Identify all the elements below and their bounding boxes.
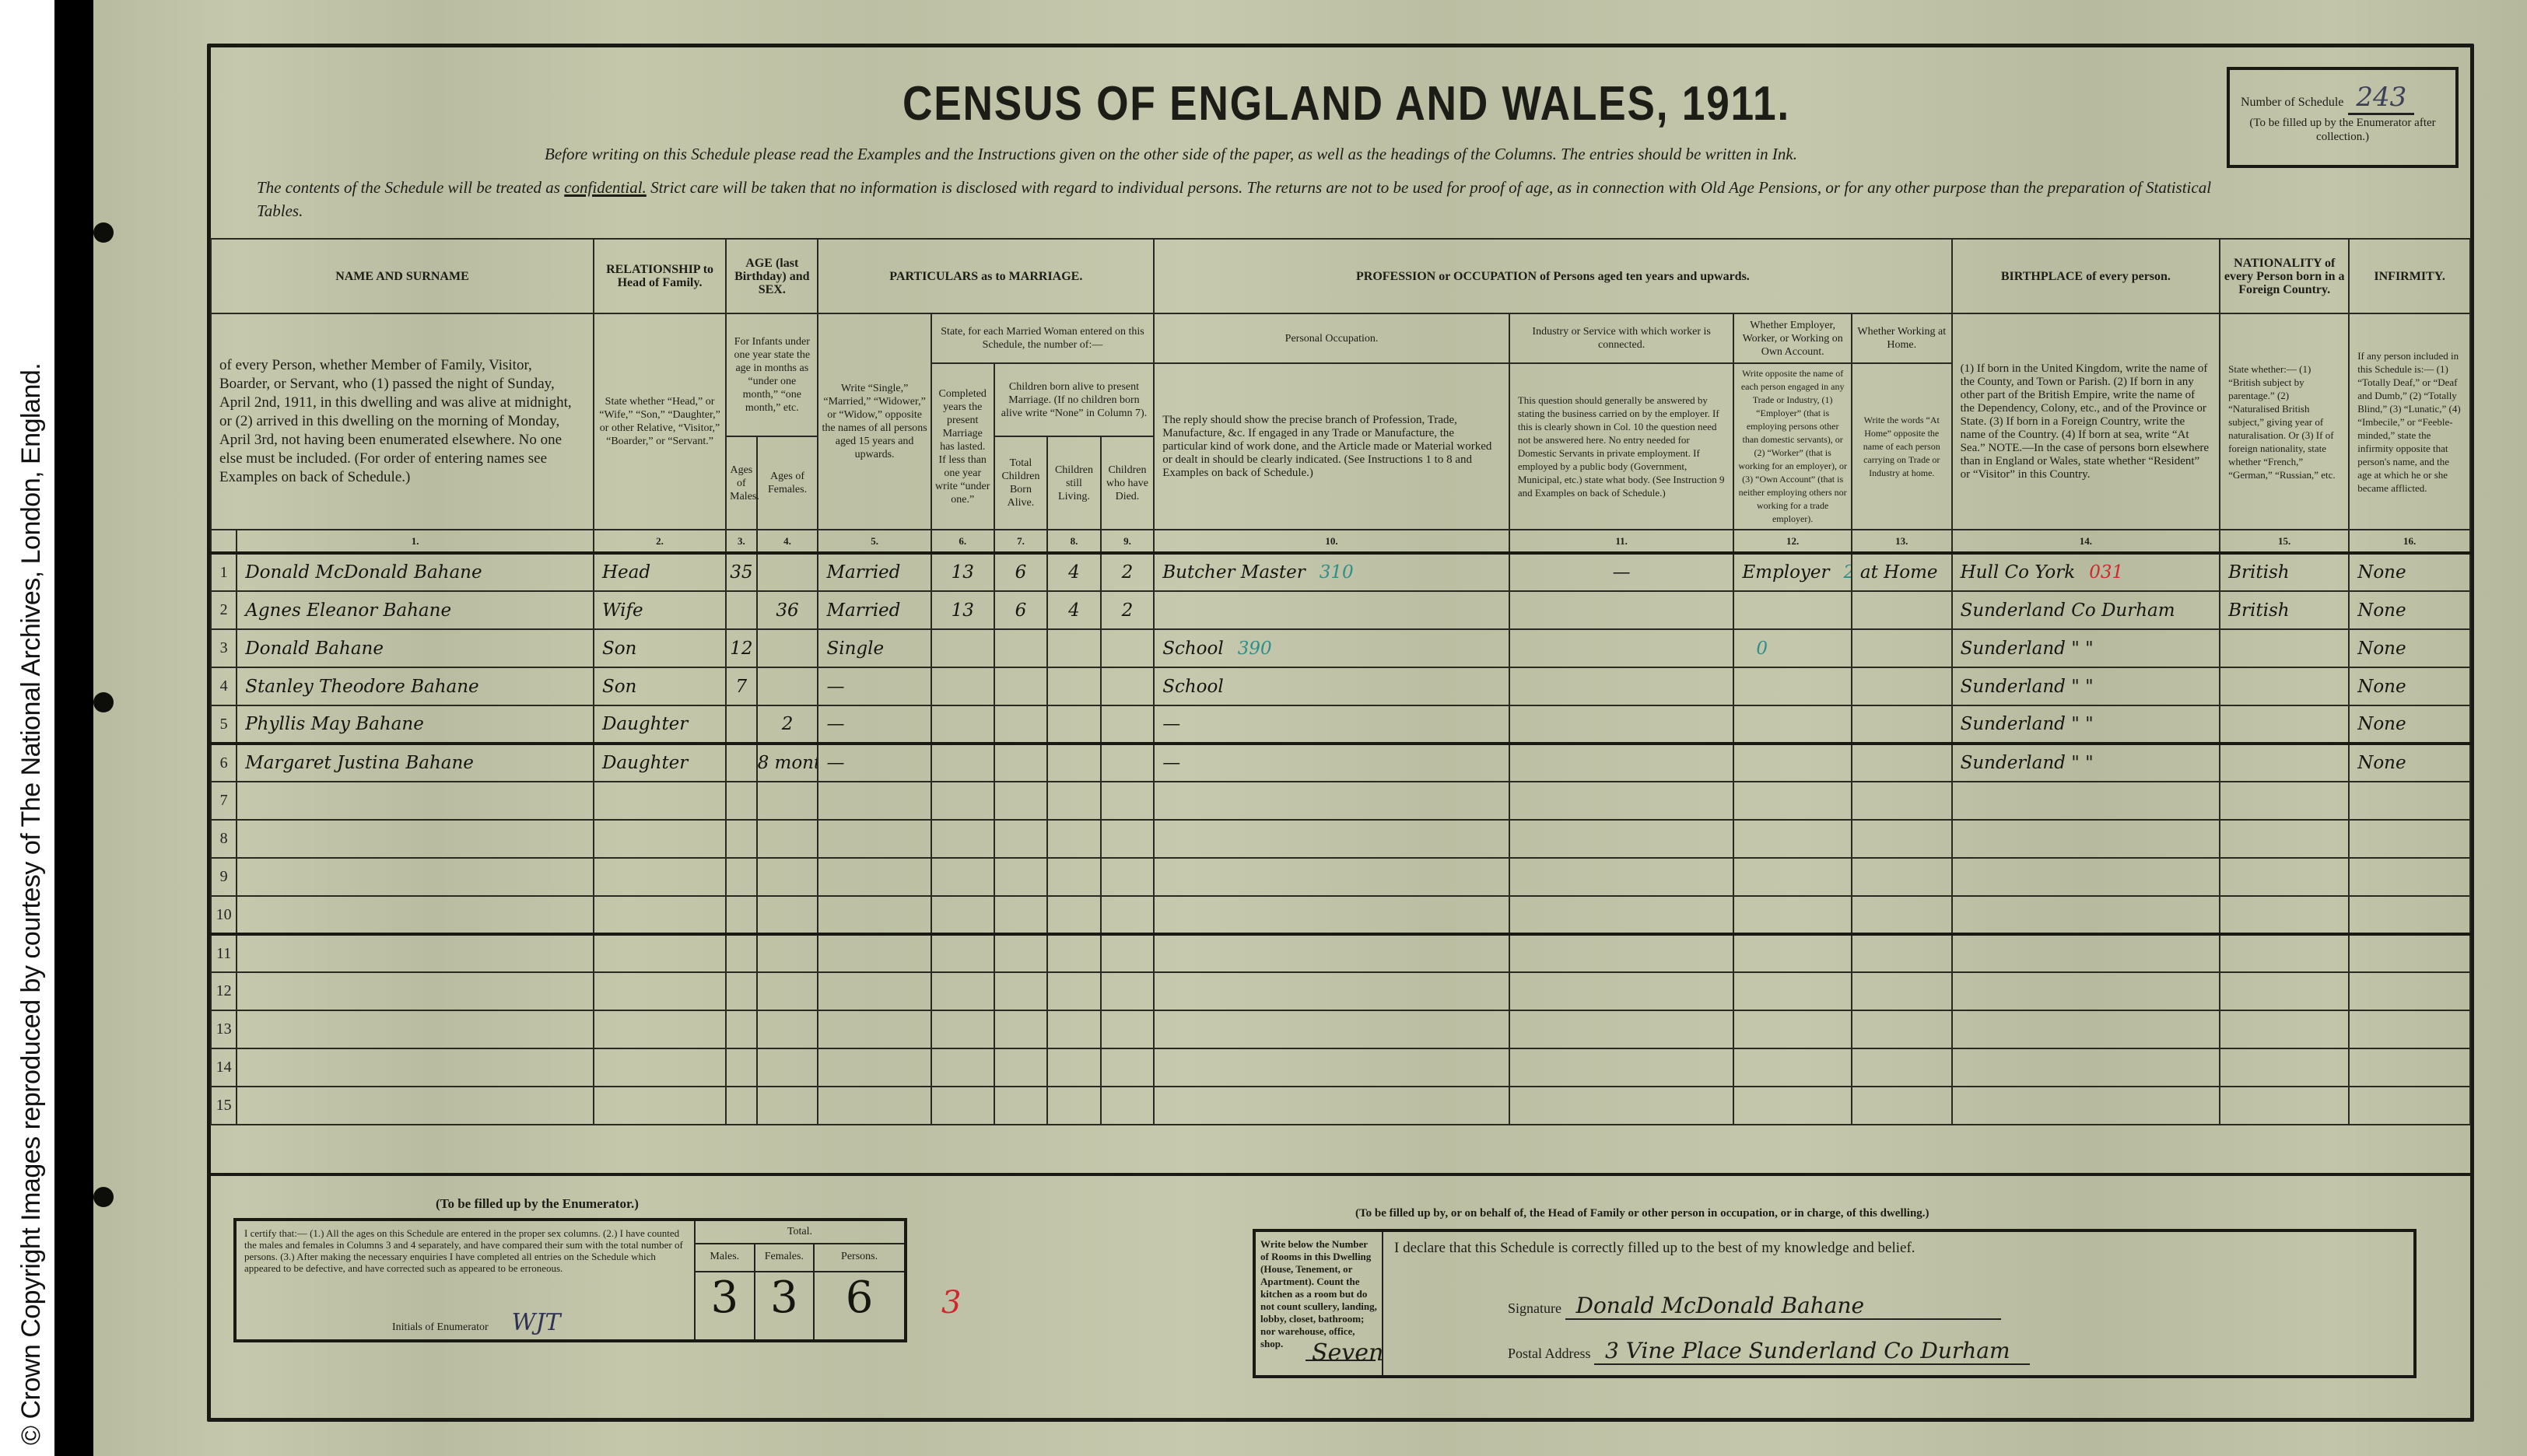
header-name: NAME AND SURNAME [211,239,594,313]
children-living-cell [1047,782,1101,820]
children-born-cell [994,629,1048,667]
working-at-home-cell [1852,1087,1952,1125]
row-number-cell: 7 [211,782,237,820]
age-female-cell [757,820,818,858]
birthplace-cell: Sunderland " " [1952,705,2220,744]
age-female-cell [757,858,818,896]
employment-status-cell [1733,782,1852,820]
instruction-line: Before writing on this Schedule please r… [545,145,1797,164]
industry-cell [1509,1010,1734,1048]
occupation-cell: School [1154,667,1509,705]
age-male-cell [726,1048,756,1087]
row-number-cell: 8 [211,820,237,858]
children-living-cell [1047,1010,1101,1048]
postal-address-line: Postal Address 3 Vine Place Sunderland C… [1508,1338,2130,1365]
years-married-cell [931,820,994,858]
employment-status-cell: Employer2 [1733,553,1852,591]
row-number-cell: 10 [211,896,237,934]
infirmity-cell: None [2349,744,2470,782]
age-male-cell [726,705,756,744]
children-born-cell [994,1087,1048,1125]
occupation-cell [1154,820,1509,858]
children-died-cell [1101,705,1155,744]
industry-cell [1509,591,1734,629]
row-number-cell: 2 [211,591,237,629]
marital-status-cell [818,1048,931,1087]
age-male-cell [726,782,756,820]
nationality-cell [2220,1010,2349,1048]
employment-status-cell [1733,934,1852,972]
birthplace-cell: Sunderland " " [1952,667,2220,705]
red-check-mark: 3 [941,1285,961,1321]
industry-instruction: This question should generally be answer… [1509,363,1734,530]
occupation-cell: Butcher Master310 [1154,553,1509,591]
children-born-cell [994,820,1048,858]
working-at-home-cell [1852,1010,1952,1048]
punch-hole [93,692,114,712]
nationality-cell [2220,858,2349,896]
nationality-instruction: State whether:— (1) “British subject by … [2220,313,2349,530]
home-instruction: Write the words “At Home” opposite the n… [1852,363,1952,530]
children-died-cell [1101,667,1155,705]
children-living-cell [1047,705,1101,744]
age-male-cell [726,1010,756,1048]
row-number-cell: 15 [211,1087,237,1125]
enumerator-certificate: I certify that:— (1.) All the ages on th… [233,1218,907,1342]
industry-cell [1509,820,1734,858]
column-number-row: 1.2.3.4.5.6.7.8.9.10.11.12.13.14.15.16. [211,530,2470,553]
employment-status-cell [1733,591,1852,629]
infirmity-cell [2349,934,2470,972]
occupation-cell [1154,896,1509,934]
infirmity-cell [2349,858,2470,896]
working-at-home-cell [1852,858,1952,896]
occupation-cell [1154,1048,1509,1087]
row-number-cell: 3 [211,629,237,667]
died-children-heading: Children who have Died. [1101,436,1155,530]
personal-occupation-instruction: The reply should show the precise branch… [1154,363,1509,530]
rooms-box: Write below the Number of Rooms in this … [1256,1232,1383,1375]
working-at-home-cell [1852,972,1952,1010]
age-male-cell [726,591,756,629]
working-at-home-cell [1852,896,1952,934]
enumerator-certify-text: I certify that:— (1.) All the ages on th… [237,1221,696,1339]
table-row: 1Donald McDonald BahaneHead35Married1364… [211,553,2470,591]
nationality-cell [2220,782,2349,820]
nationality-cell [2220,820,2349,858]
marital-status-cell: Single [818,629,931,667]
children-died-cell [1101,782,1155,820]
relationship-instruction: State whether “Head,” or “Wife,” “Son,” … [594,313,726,530]
totals-grid: Total. Males. Females. Persons. 3 3 6 [696,1221,904,1339]
children-living-cell [1047,896,1101,934]
occupation-cell [1154,1087,1509,1125]
industry-heading: Industry or Service with which worker is… [1509,313,1734,363]
person-name-cell [237,934,594,972]
occupation-cell: School390 [1154,629,1509,667]
children-living-cell [1047,1048,1101,1087]
years-married-cell [931,972,994,1010]
children-living-cell [1047,1087,1101,1125]
person-name-cell: Agnes Eleanor Bahane [237,591,594,629]
working-at-home-cell [1852,629,1952,667]
age-male-cell: 12 [726,629,756,667]
children-born-cell [994,1048,1048,1087]
infirmity-cell: None [2349,591,2470,629]
age-female-cell [757,782,818,820]
marital-status-cell [818,820,931,858]
birthplace-cell [1952,972,2220,1010]
age-female-cell [757,934,818,972]
age-male-cell: 35 [726,553,756,591]
marital-status-cell [818,1010,931,1048]
occupation-cell [1154,972,1509,1010]
industry-cell: — [1509,553,1734,591]
children-living-cell [1047,744,1101,782]
nationality-cell [2220,629,2349,667]
employment-status-cell [1733,820,1852,858]
years-married-cell [931,1087,994,1125]
copyright-credit: © Crown Copyright Images reproduced by c… [0,0,54,1456]
birthplace-cell [1952,1010,2220,1048]
working-at-home-cell [1852,667,1952,705]
employment-status-cell [1733,972,1852,1010]
row-number-cell: 14 [211,1048,237,1087]
children-born-cell [994,896,1048,934]
age-male-cell [726,820,756,858]
children-died-cell [1101,858,1155,896]
employer-heading: Whether Employer, Worker, or Working on … [1733,313,1852,363]
age-male-cell [726,972,756,1010]
children-died-cell [1101,934,1155,972]
person-name-cell [237,1087,594,1125]
employment-status-cell [1733,1048,1852,1087]
number-of-rooms: Seven [1306,1347,1376,1361]
working-at-home-cell [1852,934,1952,972]
birthplace-cell: Sunderland Co Durham [1952,591,2220,629]
relationship-cell: Daughter [594,744,726,782]
table-row: 2Agnes Eleanor BahaneWife36Married13642S… [211,591,2470,629]
punch-hole [93,222,114,243]
nationality-cell [2220,896,2349,934]
age-female-cell: 36 [757,591,818,629]
working-at-home-cell [1852,782,1952,820]
form-title: CENSUS OF ENGLAND AND WALES, 1911. [902,76,1790,131]
children-died-cell [1101,1087,1155,1125]
birthplace-cell: Sunderland " " [1952,629,2220,667]
header-infirmity: INFIRMITY. [2349,239,2470,313]
marital-status-cell [818,1087,931,1125]
children-died-cell [1101,972,1155,1010]
row-number-cell: 1 [211,553,237,591]
occupation-cell [1154,858,1509,896]
age-instruction: For Infants under one year state the age… [726,313,818,436]
nationality-cell [2220,1048,2349,1087]
marital-status-cell [818,934,931,972]
marital-status-cell [818,858,931,896]
children-died-cell [1101,1010,1155,1048]
industry-cell [1509,629,1734,667]
header-age: AGE (last Birthday) and SEX. [726,239,818,313]
males-heading: Ages of Males. [726,436,756,530]
age-male-cell [726,934,756,972]
children-living-cell [1047,934,1101,972]
children-heading: Children born alive to present Marriage.… [994,363,1155,436]
relationship-cell [594,782,726,820]
enumerator-heading: (To be filled up by the Enumerator.) [436,1196,639,1212]
person-name-cell: Donald McDonald Bahane [237,553,594,591]
enumerator-initials: Initials of EnumeratorWJT [392,1317,561,1333]
occupation-cell [1154,934,1509,972]
children-born-cell [994,744,1048,782]
employment-status-cell [1733,667,1852,705]
schedule-number-label: Number of Schedule [2241,96,2343,109]
row-number-cell: 11 [211,934,237,972]
employment-status-cell [1733,744,1852,782]
row-number-cell: 4 [211,667,237,705]
nationality-cell [2220,667,2349,705]
children-born-cell [994,1010,1048,1048]
head-of-family-heading: (To be filled up by, or on behalf of, th… [1355,1207,1929,1220]
table-bottom-rule [210,1173,2471,1176]
industry-cell [1509,744,1734,782]
census-table: NAME AND SURNAME RELATIONSHIP to Head of… [210,238,2471,1125]
nationality-cell: British [2220,591,2349,629]
name-instruction: of every Person, whether Member of Famil… [211,313,594,530]
marital-status-cell: — [818,667,931,705]
age-male-cell [726,1087,756,1125]
occupation-cell: — [1154,705,1509,744]
nationality-cell [2220,934,2349,972]
marital-status-cell: Married [818,553,931,591]
occupation-cell [1154,782,1509,820]
years-married-cell: 13 [931,553,994,591]
industry-cell [1509,858,1734,896]
declaration-text: I declare that this Schedule is correctl… [1394,1240,2403,1257]
age-male-cell [726,858,756,896]
marriage-status-instruction: Write “Single,” “Married,” “Widower,” or… [818,313,931,530]
years-married-cell [931,744,994,782]
employment-status-cell [1733,896,1852,934]
children-born-cell: 6 [994,591,1048,629]
working-at-home-cell [1852,820,1952,858]
table-row: 4Stanley Theodore BahaneSon7—SchoolSunde… [211,667,2470,705]
person-name-cell [237,1048,594,1087]
header-birthplace: BIRTHPLACE of every person. [1952,239,2220,313]
infirmity-cell: None [2349,705,2470,744]
relationship-cell: Son [594,667,726,705]
children-living-cell [1047,820,1101,858]
relationship-cell [594,858,726,896]
years-married-cell [931,705,994,744]
personal-occupation-heading: Personal Occupation. [1154,313,1509,363]
person-name-cell [237,820,594,858]
living-children-heading: Children still Living. [1047,436,1101,530]
row-number-cell: 13 [211,1010,237,1048]
infirmity-cell [2349,1087,2470,1125]
relationship-cell: Son [594,629,726,667]
employment-status-cell [1733,858,1852,896]
row-number-cell: 12 [211,972,237,1010]
infirmity-cell [2349,820,2470,858]
row-number-cell: 5 [211,705,237,744]
industry-cell [1509,934,1734,972]
working-at-home-cell: at Home [1852,553,1952,591]
confidentiality-notice: The contents of the Schedule will be tre… [257,176,2241,222]
occ-code: 310 [1320,562,1354,583]
age-female-cell [757,629,818,667]
relationship-cell [594,972,726,1010]
birthplace-cell [1952,1087,2220,1125]
children-died-cell: 2 [1101,591,1155,629]
years-married-cell [931,667,994,705]
table-row: 13 [211,1010,2470,1048]
marital-status-cell [818,896,931,934]
industry-cell [1509,896,1734,934]
working-at-home-cell [1852,705,1952,744]
children-born-cell [994,667,1048,705]
industry-cell [1509,1048,1734,1087]
children-died-cell [1101,1048,1155,1087]
children-died-cell [1101,629,1155,667]
children-born-cell [994,934,1048,972]
row-number-cell: 6 [211,744,237,782]
birthplace-instruction: (1) If born in the United Kingdom, write… [1952,313,2220,530]
punch-hole [93,1187,114,1207]
relationship-cell [594,820,726,858]
employer-instruction: Write opposite the name of each person e… [1733,363,1852,530]
employment-status-cell [1733,1087,1852,1125]
years-married-cell [931,934,994,972]
children-born-cell [994,858,1048,896]
age-female-cell [757,1010,818,1048]
children-living-cell: 4 [1047,553,1101,591]
birthplace-cell [1952,934,2220,972]
infirmity-cell: None [2349,667,2470,705]
nationality-cell: British [2220,553,2349,591]
signature-line: Signature Donald McDonald Bahane [1508,1293,2115,1320]
table-row: 3Donald BahaneSon12SingleSchool3900Sunde… [211,629,2470,667]
schedule-number-box: Number of Schedule243 (To be filled up b… [2227,67,2459,168]
age-female-cell: 8 months [757,744,818,782]
working-at-home-cell [1852,591,1952,629]
birthplace-cell: Sunderland " " [1952,744,2220,782]
infirmity-cell [2349,782,2470,820]
total-females: 3 [755,1272,815,1339]
marital-status-cell: Married [818,591,931,629]
nationality-cell [2220,705,2349,744]
children-born-cell [994,705,1048,744]
person-name-cell [237,972,594,1010]
industry-cell [1509,972,1734,1010]
children-living-cell [1047,629,1101,667]
copyright-text: © Crown Copyright Images reproduced by c… [16,363,47,1445]
infirmity-instruction: If any person included in this Schedule … [2349,313,2470,530]
age-female-cell [757,553,818,591]
years-married-heading: Completed years the present Marriage has… [931,363,994,530]
relationship-cell: Wife [594,591,726,629]
females-heading: Ages of Females. [757,436,818,530]
marital-status-cell: — [818,744,931,782]
total-children-heading: Total Children Born Alive. [994,436,1048,530]
nationality-cell [2220,1087,2349,1125]
age-female-cell [757,1087,818,1125]
birthplace-cell [1952,1048,2220,1087]
table-row: 15 [211,1087,2470,1125]
marital-status-cell [818,972,931,1010]
signature-value: Donald McDonald Bahane [1565,1293,2001,1320]
person-name-cell: Stanley Theodore Bahane [237,667,594,705]
header-nationality: NATIONALITY of every Person born in a Fo… [2220,239,2349,313]
children-died-cell [1101,820,1155,858]
industry-cell [1509,667,1734,705]
age-female-cell [757,972,818,1010]
industry-cell [1509,705,1734,744]
relationship-cell: Daughter [594,705,726,744]
birthplace-cell: Hull Co York031 [1952,553,2220,591]
header-relationship: RELATIONSHIP to Head of Family. [594,239,726,313]
schedule-number-note: (To be filled up by the Enumerator after… [2241,116,2445,144]
table-row: 5Phyllis May BahaneDaughter2——Sunderland… [211,705,2470,744]
years-married-cell: 13 [931,591,994,629]
children-living-cell [1047,858,1101,896]
age-male-cell [726,896,756,934]
person-name-cell [237,896,594,934]
table-row: 10 [211,896,2470,934]
birthplace-cell [1952,820,2220,858]
birth-code: 031 [2089,562,2123,583]
married-woman-instruction: State, for each Married Woman entered on… [931,313,1154,363]
occupation-cell [1154,591,1509,629]
table-row: 11 [211,934,2470,972]
table-row: 6Margaret Justina BahaneDaughter8 months… [211,744,2470,782]
children-born-cell: 6 [994,553,1048,591]
age-female-cell [757,667,818,705]
total-males: 3 [696,1272,755,1339]
relationship-cell [594,934,726,972]
years-married-cell [931,629,994,667]
relationship-cell [594,1010,726,1048]
relationship-cell [594,1087,726,1125]
age-female-cell [757,896,818,934]
infirmity-cell [2349,1048,2470,1087]
person-name-cell: Margaret Justina Bahane [237,744,594,782]
children-born-cell [994,782,1048,820]
table-row: 12 [211,972,2470,1010]
person-name-cell [237,858,594,896]
table-row: 14 [211,1048,2470,1087]
table-row: 9 [211,858,2470,896]
person-name-cell [237,1010,594,1048]
employment-status-cell: 0 [1733,629,1852,667]
children-born-cell [994,972,1048,1010]
age-male-cell [726,744,756,782]
total-persons: 6 [815,1272,904,1339]
age-female-cell [757,1048,818,1087]
working-at-home-cell [1852,744,1952,782]
children-living-cell [1047,972,1101,1010]
header-marriage: PARTICULARS as to MARRIAGE. [818,239,1154,313]
relationship-cell [594,1048,726,1087]
person-name-cell [237,782,594,820]
schedule-number-value: 243 [2348,82,2414,115]
age-female-cell: 2 [757,705,818,744]
marital-status-cell: — [818,705,931,744]
children-died-cell [1101,896,1155,934]
emp-code: 2 [1844,562,1852,583]
infirmity-cell [2349,896,2470,934]
infirmity-cell: None [2349,629,2470,667]
